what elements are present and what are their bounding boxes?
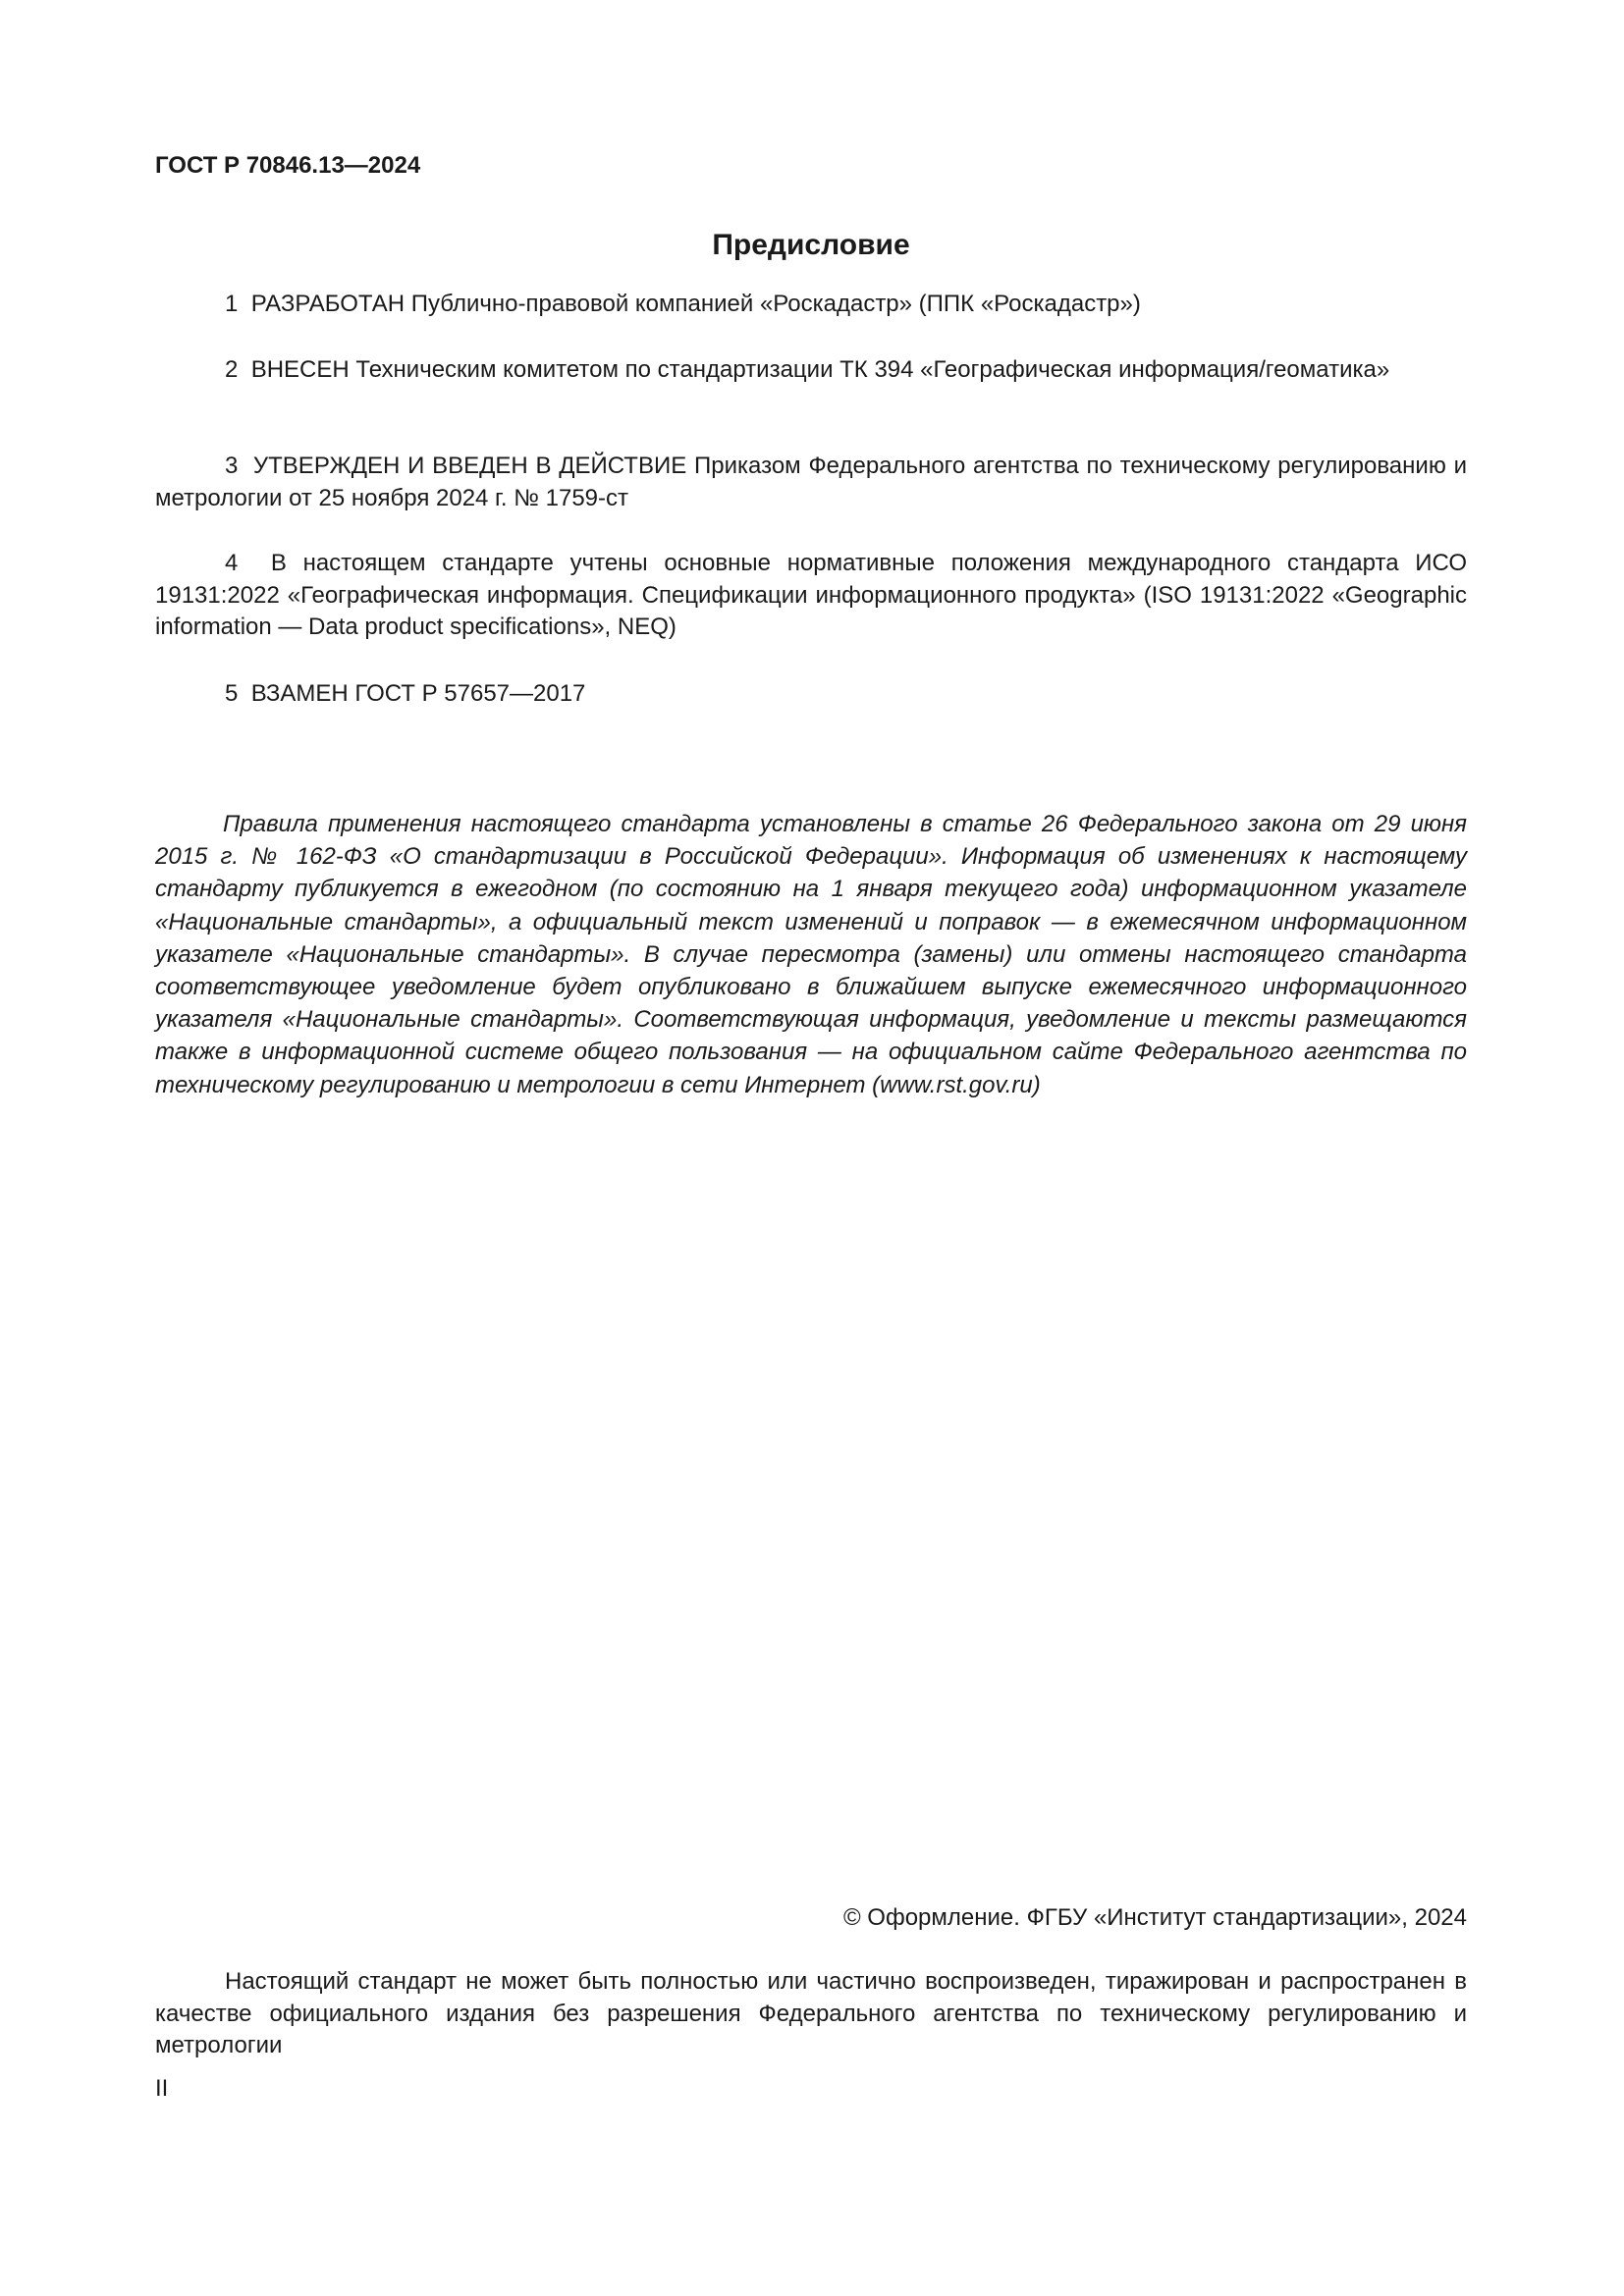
item-number: 5: [225, 680, 238, 707]
item-text: ГОСТ Р 57657—2017: [354, 680, 585, 707]
foreword-item-5: 5 ВЗАМЕН ГОСТ Р 57657—2017: [155, 678, 1467, 711]
page-number: II: [155, 2073, 1467, 2106]
item-text: В настоящем стандарте учтены основные но…: [155, 550, 1467, 640]
item-number: 3: [225, 453, 238, 479]
item-lead: УТВЕРЖДЕН И ВВЕДЕН В ДЕЙСТВИЕ: [253, 453, 686, 479]
foreword-item-1: 1 РАЗРАБОТАН Публично-правовой компанией…: [155, 289, 1467, 321]
item-number: 4: [225, 550, 238, 576]
item-text: Публично-правовой компанией «Роскадастр»…: [411, 291, 1141, 317]
section-title: Предисловие: [155, 228, 1467, 263]
item-lead: ВЗАМЕН: [251, 680, 349, 707]
item-number: 2: [225, 356, 238, 383]
foreword-item-3: 3 УТВЕРЖДЕН И ВВЕДЕН В ДЕЙСТВИЕ Приказом…: [155, 451, 1467, 514]
foreword-item-2: 2 ВНЕСЕН Техническим комитетом по станда…: [155, 354, 1467, 387]
item-lead: РАЗРАБОТАН: [251, 291, 405, 317]
document-code: ГОСТ Р 70846.13—2024: [155, 150, 1467, 182]
copyright-line: © Оформление. ФГБУ «Институт стандартиза…: [155, 1902, 1467, 1935]
foreword-item-4: 4 В настоящем стандарте учтены основные …: [155, 548, 1467, 644]
item-text: Техническим комитетом по стандартизации …: [355, 356, 1389, 383]
reproduction-notice: Настоящий стандарт не может быть полност…: [155, 1966, 1467, 2062]
rules-of-application-notice: Правила применения настоящего стандарта …: [155, 808, 1467, 1101]
item-lead: ВНЕСЕН: [251, 356, 350, 383]
item-number: 1: [225, 291, 238, 317]
